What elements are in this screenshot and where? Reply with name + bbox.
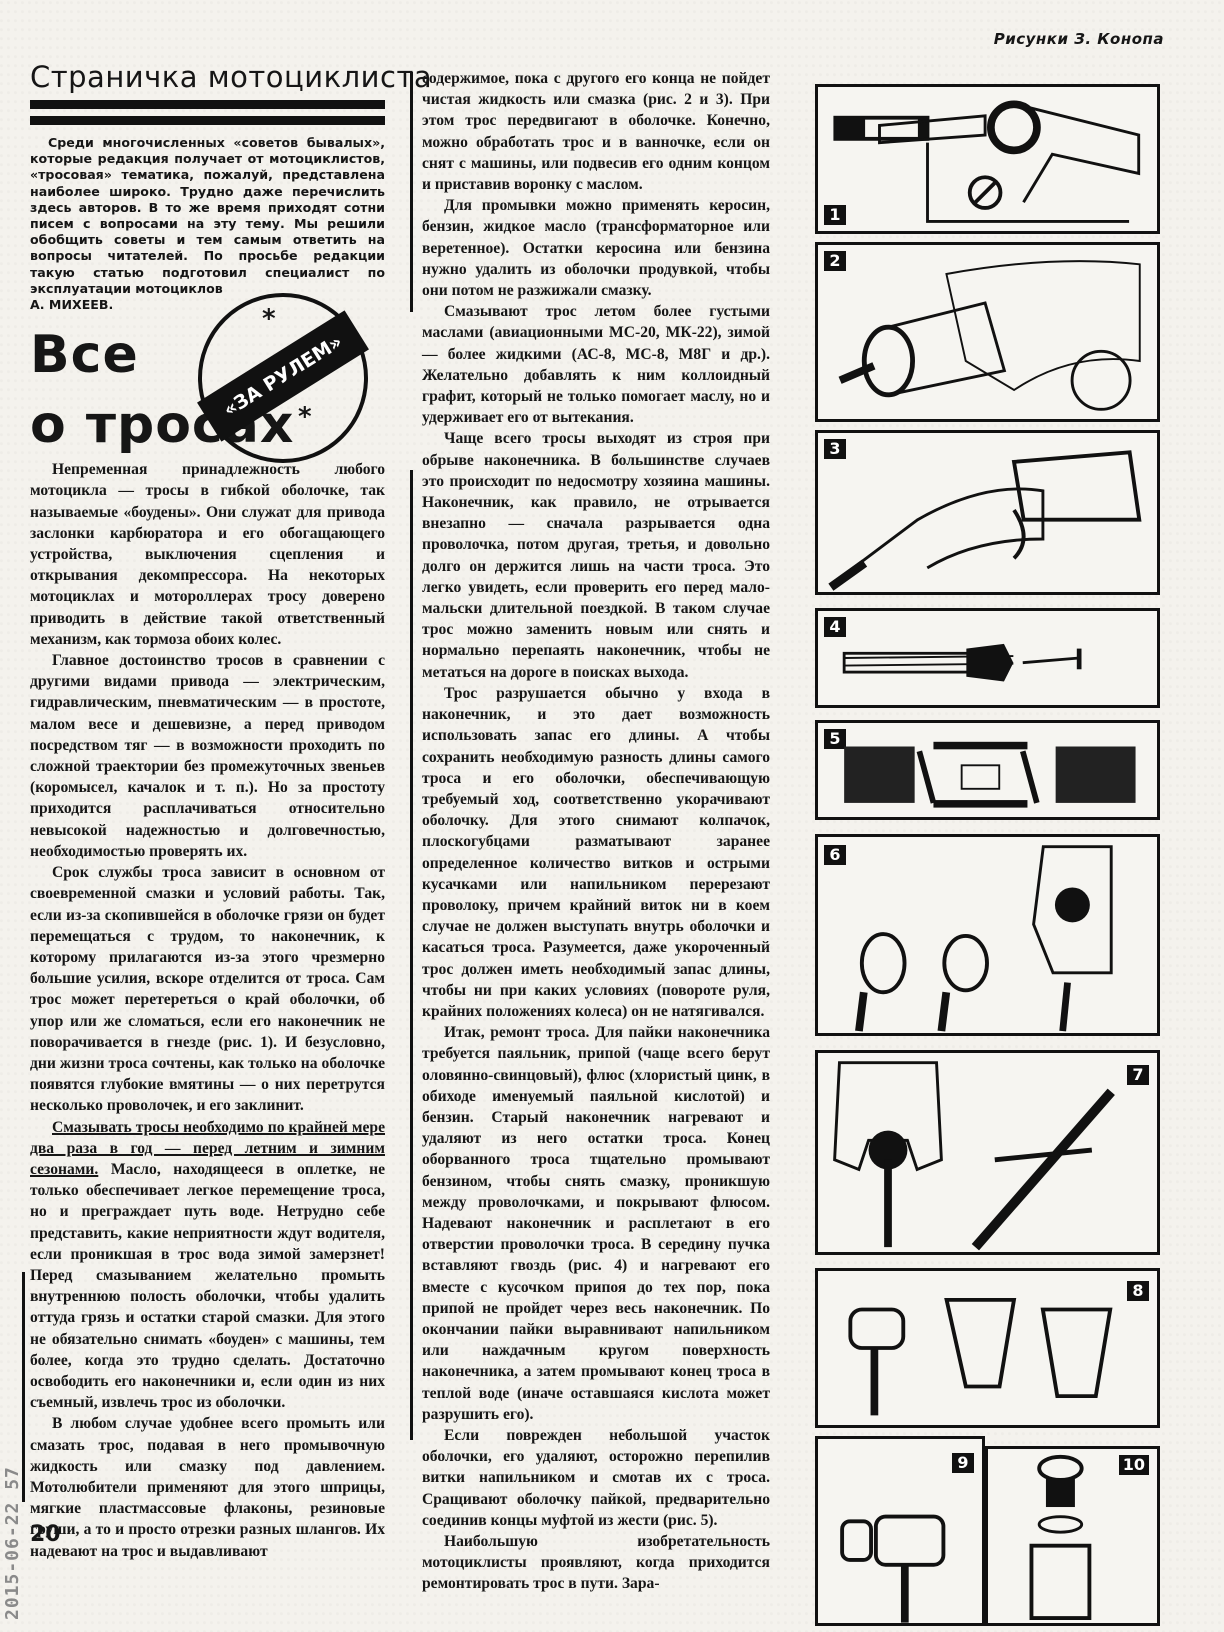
archive-side-stamp: 2015-06-22 57	[2, 1340, 24, 1620]
paragraph: Смазывают трос летом более густыми масла…	[422, 301, 770, 428]
paragraph: содержимое, пока с другого его конца не …	[422, 68, 770, 195]
figure-5: 5	[815, 720, 1160, 820]
star-icon: *	[298, 407, 312, 428]
magazine-page: Рисунки З. Конопа Страничка мотоциклиста…	[0, 0, 1224, 1632]
paragraph: Непременная принадлежность любого мотоци…	[30, 459, 385, 650]
headline-line-1: Все	[30, 327, 139, 383]
za-rulem-stamp: * «ЗА РУЛЕМ» *	[198, 293, 368, 463]
paragraph: Для промывки можно применять керосин, бе…	[422, 195, 770, 301]
paragraph: Итак, ремонт троса. Для пайки наконечник…	[422, 1022, 770, 1425]
marker-line	[410, 72, 413, 312]
figure-6: 6	[815, 834, 1160, 1036]
pliers-crimping-illustration	[818, 1053, 1157, 1252]
paragraph: Если поврежден небольшой участок оболочк…	[422, 1425, 770, 1531]
page-number: 20	[30, 1522, 61, 1547]
illustration-credit: Рисунки З. Конопа	[994, 30, 1164, 48]
figure-10: 10	[985, 1446, 1160, 1626]
section-rubric: Страничка мотоциклиста	[30, 60, 385, 94]
figure-7: 7	[815, 1050, 1160, 1255]
paragraph: Чаще всего тросы выходят из строя при об…	[422, 428, 770, 682]
figure-3: 3	[815, 430, 1160, 595]
intro-text: Среди многочисленных «советов бывалых», …	[30, 135, 385, 297]
rubric-bar	[30, 116, 385, 125]
screw-nipple-illustration	[988, 1449, 1157, 1623]
crimping-cap-illustration	[818, 837, 1157, 1033]
paragraph: Срок службы троса зависит в основном от …	[30, 862, 385, 1116]
figure-1: 1	[815, 84, 1160, 234]
figure-2: 2	[815, 242, 1160, 422]
column-2: содержимое, пока с другого его конца не …	[422, 68, 770, 1595]
figure-4: 4	[815, 608, 1160, 708]
paragraph: Главное достоинство тросов в сравнении с…	[30, 650, 385, 862]
paragraph-text: Масло, находящееся в оплетке, не только …	[30, 1161, 385, 1411]
oil-flask-illustration	[818, 433, 1157, 592]
stamp-band: «ЗА РУЛЕМ»	[197, 311, 369, 442]
paragraph: Трос разрушается обычно у входа в наконе…	[422, 683, 770, 1022]
cable-end-socket-illustration	[818, 87, 1157, 231]
column-1: Страничка мотоциклиста Среди многочислен…	[30, 60, 385, 1562]
lubricating-cable-illustration	[818, 245, 1157, 419]
paragraph: В любом случае удобнее всего промыть или…	[30, 1413, 385, 1561]
star-icon: *	[262, 309, 276, 330]
marker-line	[410, 470, 413, 1440]
sleeve-joint-illustration	[818, 723, 1157, 817]
article-intro: Среди многочисленных «советов бывалых», …	[30, 135, 385, 313]
article-headline: Все о тросах * «ЗА РУЛЕМ» *	[30, 319, 385, 459]
figure-9: 9	[815, 1436, 985, 1626]
cable-nipples-illustration	[818, 1271, 1157, 1425]
rubric-bar	[30, 100, 385, 109]
paragraph: Смазывать тросы необходимо по крайней ме…	[30, 1117, 385, 1414]
screw-clamp-illustration	[818, 1439, 982, 1623]
figure-8: 8	[815, 1268, 1160, 1428]
nail-in-cable-illustration	[818, 611, 1157, 705]
paragraph: Наибольшую изобретательность мотоциклист…	[422, 1531, 770, 1595]
